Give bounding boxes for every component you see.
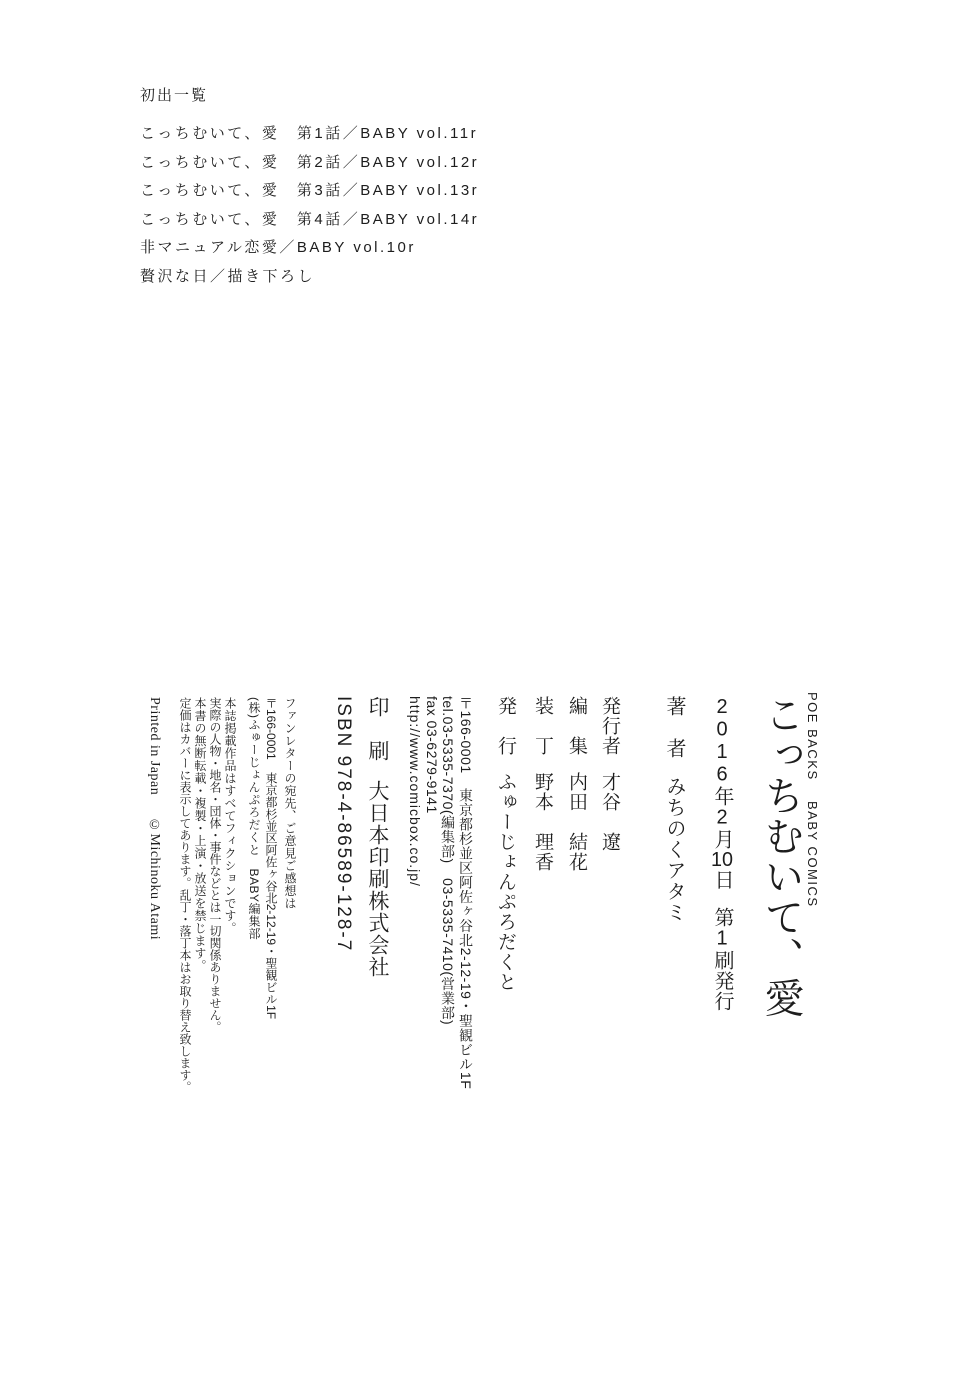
list-item: こっちむいて、愛 第1話／BABY vol.11r	[140, 120, 479, 149]
printer-line: 印 刷大日本印刷株式会社	[367, 696, 388, 978]
author-line: 著 者みちのくアタミ	[664, 696, 684, 923]
imprint-series-label: POE BACKSBABY COMICS	[806, 692, 819, 908]
design-label: 装 丁	[532, 696, 553, 756]
first-publication-heading: 初出一覧	[140, 84, 479, 105]
list-item: 非マニュアル恋愛／BABY vol.10r	[140, 234, 479, 263]
imprint-baby-comics: BABY COMICS	[805, 801, 820, 908]
list-item: こっちむいて、愛 第3話／BABY vol.13r	[140, 177, 479, 206]
copyright-notice: ©Michinoku Atami	[147, 818, 162, 940]
printed-in-japan-line: Printed in Japan©Michinoku Atami	[147, 697, 161, 940]
edition-day: 10	[711, 850, 733, 870]
edition-day-suffix: 日	[711, 870, 733, 891]
notice-no-reproduction: 本書の無断転載・複製・上演・放送を禁じます。	[194, 697, 206, 972]
publisher-url: http://www.comicbox.co.jp/	[408, 696, 422, 887]
edition-date-line: 2016年2月10日第1刷発行	[712, 696, 732, 1012]
design-line: 装 丁野本 理香	[533, 696, 552, 872]
list-item: こっちむいて、愛 第4話／BABY vol.14r	[140, 206, 479, 235]
editor-name: 内田 結花	[566, 772, 587, 872]
imprint-poe-backs: POE BACKS	[805, 692, 820, 781]
publisher-fax: fax 03-6279-9141	[425, 696, 439, 814]
fan-letter-department: (株)ふゅーじょんぷろだくと BABY編集部	[248, 697, 260, 940]
issuer-label: 発行者	[599, 696, 620, 756]
edition-printing: 第1刷発行	[711, 907, 733, 1012]
editor-line: 編 集内田 結花	[567, 696, 586, 872]
printed-in-japan: Printed in Japan	[147, 697, 162, 795]
notice-price-replacement: 定価はカバーに表示してあります。乱丁・落丁本はお取り替え致します。	[179, 697, 191, 1093]
publisher-tel: tel.03-5335-7370(編集部) 03-5335-7410(営業部)	[441, 696, 455, 1025]
editor-label: 編 集	[566, 696, 587, 756]
edition-year-month: 2016年2月	[711, 696, 733, 850]
author-name: みちのくアタミ	[663, 776, 685, 923]
publisher-line: 発 行ふゅーじょんぷろだくと	[496, 696, 515, 992]
publisher-address: 〒166-0001 東京都杉並区阿佐ヶ谷北2-12-19・聖観ビル1F	[459, 696, 473, 1089]
printer-label: 印 刷	[366, 696, 389, 762]
publisher-name: ふゅーじょんぷろだくと	[495, 772, 516, 992]
notice-no-relation: 実際の人物・地名・団体・事件などとは一切関係ありません。	[209, 697, 221, 1033]
first-publication-list: 初出一覧 こっちむいて、愛 第1話／BABY vol.11r こっちむいて、愛 …	[140, 84, 479, 292]
author-label: 著 者	[663, 696, 685, 759]
list-item: 贅沢な日／描き下ろし	[140, 263, 479, 292]
notice-fiction: 本誌掲載作品はすべてフィクションです。	[224, 697, 236, 935]
design-name: 野本 理香	[532, 772, 553, 872]
issuer-name: 才谷 遼	[599, 772, 620, 852]
fan-letter-intro: ファンレターの宛先、ご意見ご感想は	[284, 697, 296, 910]
printer-name: 大日本印刷株式会社	[366, 780, 389, 978]
fan-letter-address: 〒166-0001 東京都杉並区阿佐ヶ谷北2-12-19・聖観ビル1F	[265, 697, 277, 1019]
issuer-line: 発行者才谷 遼	[600, 696, 619, 852]
book-title: こっちむいて、愛	[761, 694, 801, 1018]
list-item: こっちむいて、愛 第2話／BABY vol.12r	[140, 149, 479, 178]
publisher-label: 発 行	[495, 696, 516, 756]
isbn-number: ISBN 978-4-86589-128-7	[334, 696, 353, 952]
